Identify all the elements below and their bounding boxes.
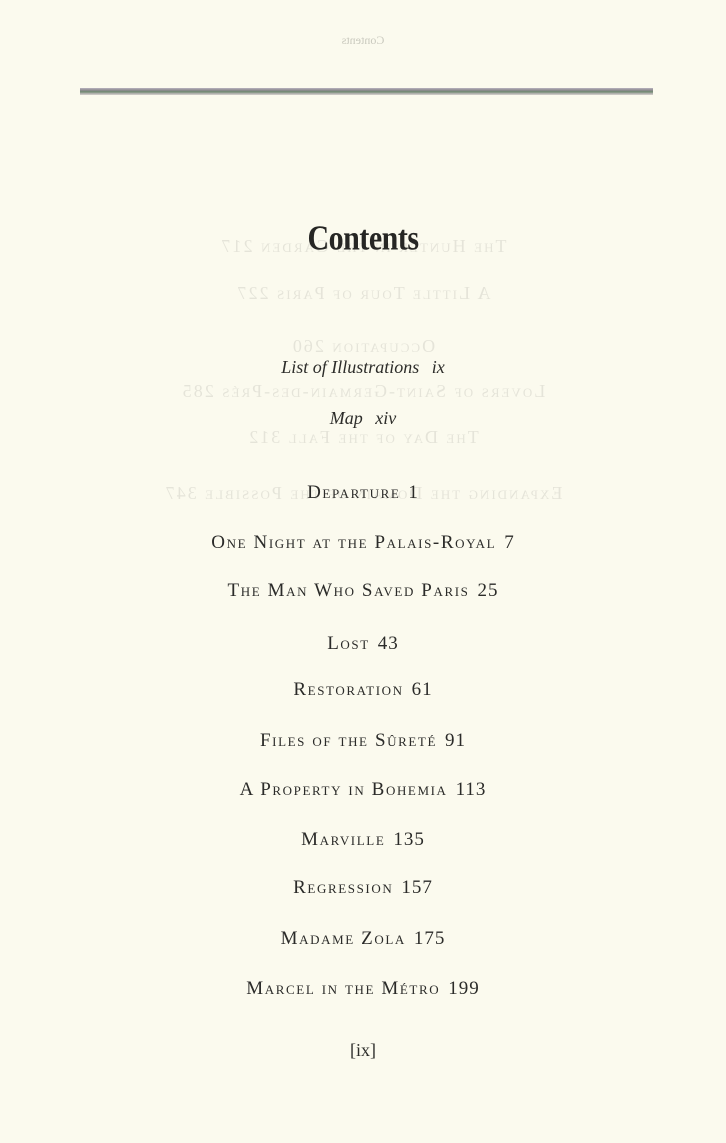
toc-entry[interactable]: One Night at the Palais-Royal7 (0, 532, 726, 554)
chapter-page: 91 (445, 730, 466, 751)
chapter-page: 199 (448, 978, 480, 999)
chapter-page: 43 (378, 633, 399, 654)
show-through-text: A Little Tour of Paris 227 (0, 283, 726, 304)
chapter-page: 135 (393, 829, 425, 850)
front-matter-page: xiv (375, 408, 396, 428)
chapter-title: Madame Zola (281, 928, 406, 949)
toc-entry[interactable]: Restoration61 (0, 679, 726, 701)
header-rule (80, 88, 653, 95)
chapter-page: 175 (414, 928, 446, 949)
toc-entry[interactable]: Marville135 (0, 829, 726, 851)
show-through-text: Occupation 260 (0, 336, 726, 357)
chapter-title: A Property in Bohemia (240, 779, 448, 800)
chapter-title: Marcel in the Métro (246, 978, 440, 999)
chapter-page: 61 (412, 679, 433, 700)
chapter-title: Regression (293, 877, 393, 898)
toc-entry[interactable]: Files of the Sûreté91 (0, 730, 726, 752)
front-matter-page: ix (432, 357, 445, 377)
show-through-text: Lovers of Saint-Germain-des-Prés 285 (0, 381, 726, 402)
chapter-title: Restoration (293, 679, 403, 700)
chapter-title: Files of the Sûreté (260, 730, 437, 751)
toc-entry[interactable]: Regression157 (0, 877, 726, 899)
front-matter-list-of-illustrations[interactable]: List of Illustrations ix (0, 357, 726, 378)
chapter-title: One Night at the Palais-Royal (211, 532, 496, 553)
page-folio: [ix] (0, 1040, 726, 1061)
chapter-title: Departure (307, 482, 400, 503)
front-matter-label: Map (330, 408, 363, 428)
chapter-page: 157 (401, 877, 433, 898)
chapter-page: 7 (504, 532, 515, 553)
toc-entry[interactable]: Marcel in the Métro199 (0, 978, 726, 1000)
chapter-title: Lost (327, 633, 370, 654)
front-matter-map[interactable]: Map xiv (0, 408, 726, 429)
chapter-page: 1 (408, 482, 419, 503)
page-title: Contents (0, 219, 726, 258)
toc-entry[interactable]: Lost43 (0, 633, 726, 655)
toc-entry[interactable]: Madame Zola175 (0, 928, 726, 950)
chapter-page: 25 (477, 580, 498, 601)
toc-entry[interactable]: A Property in Bohemia113 (0, 779, 726, 801)
chapter-title: Marville (301, 829, 385, 850)
show-through-text: The Day of the Fall 312 (0, 427, 726, 448)
chapter-page: 113 (456, 779, 487, 800)
front-matter-label: List of Illustrations (281, 357, 419, 377)
chapter-title: The Man Who Saved Paris (228, 580, 470, 601)
running-head: Contents (0, 33, 726, 48)
toc-entry[interactable]: The Man Who Saved Paris25 (0, 580, 726, 602)
toc-entry[interactable]: Departure1 (0, 482, 726, 504)
